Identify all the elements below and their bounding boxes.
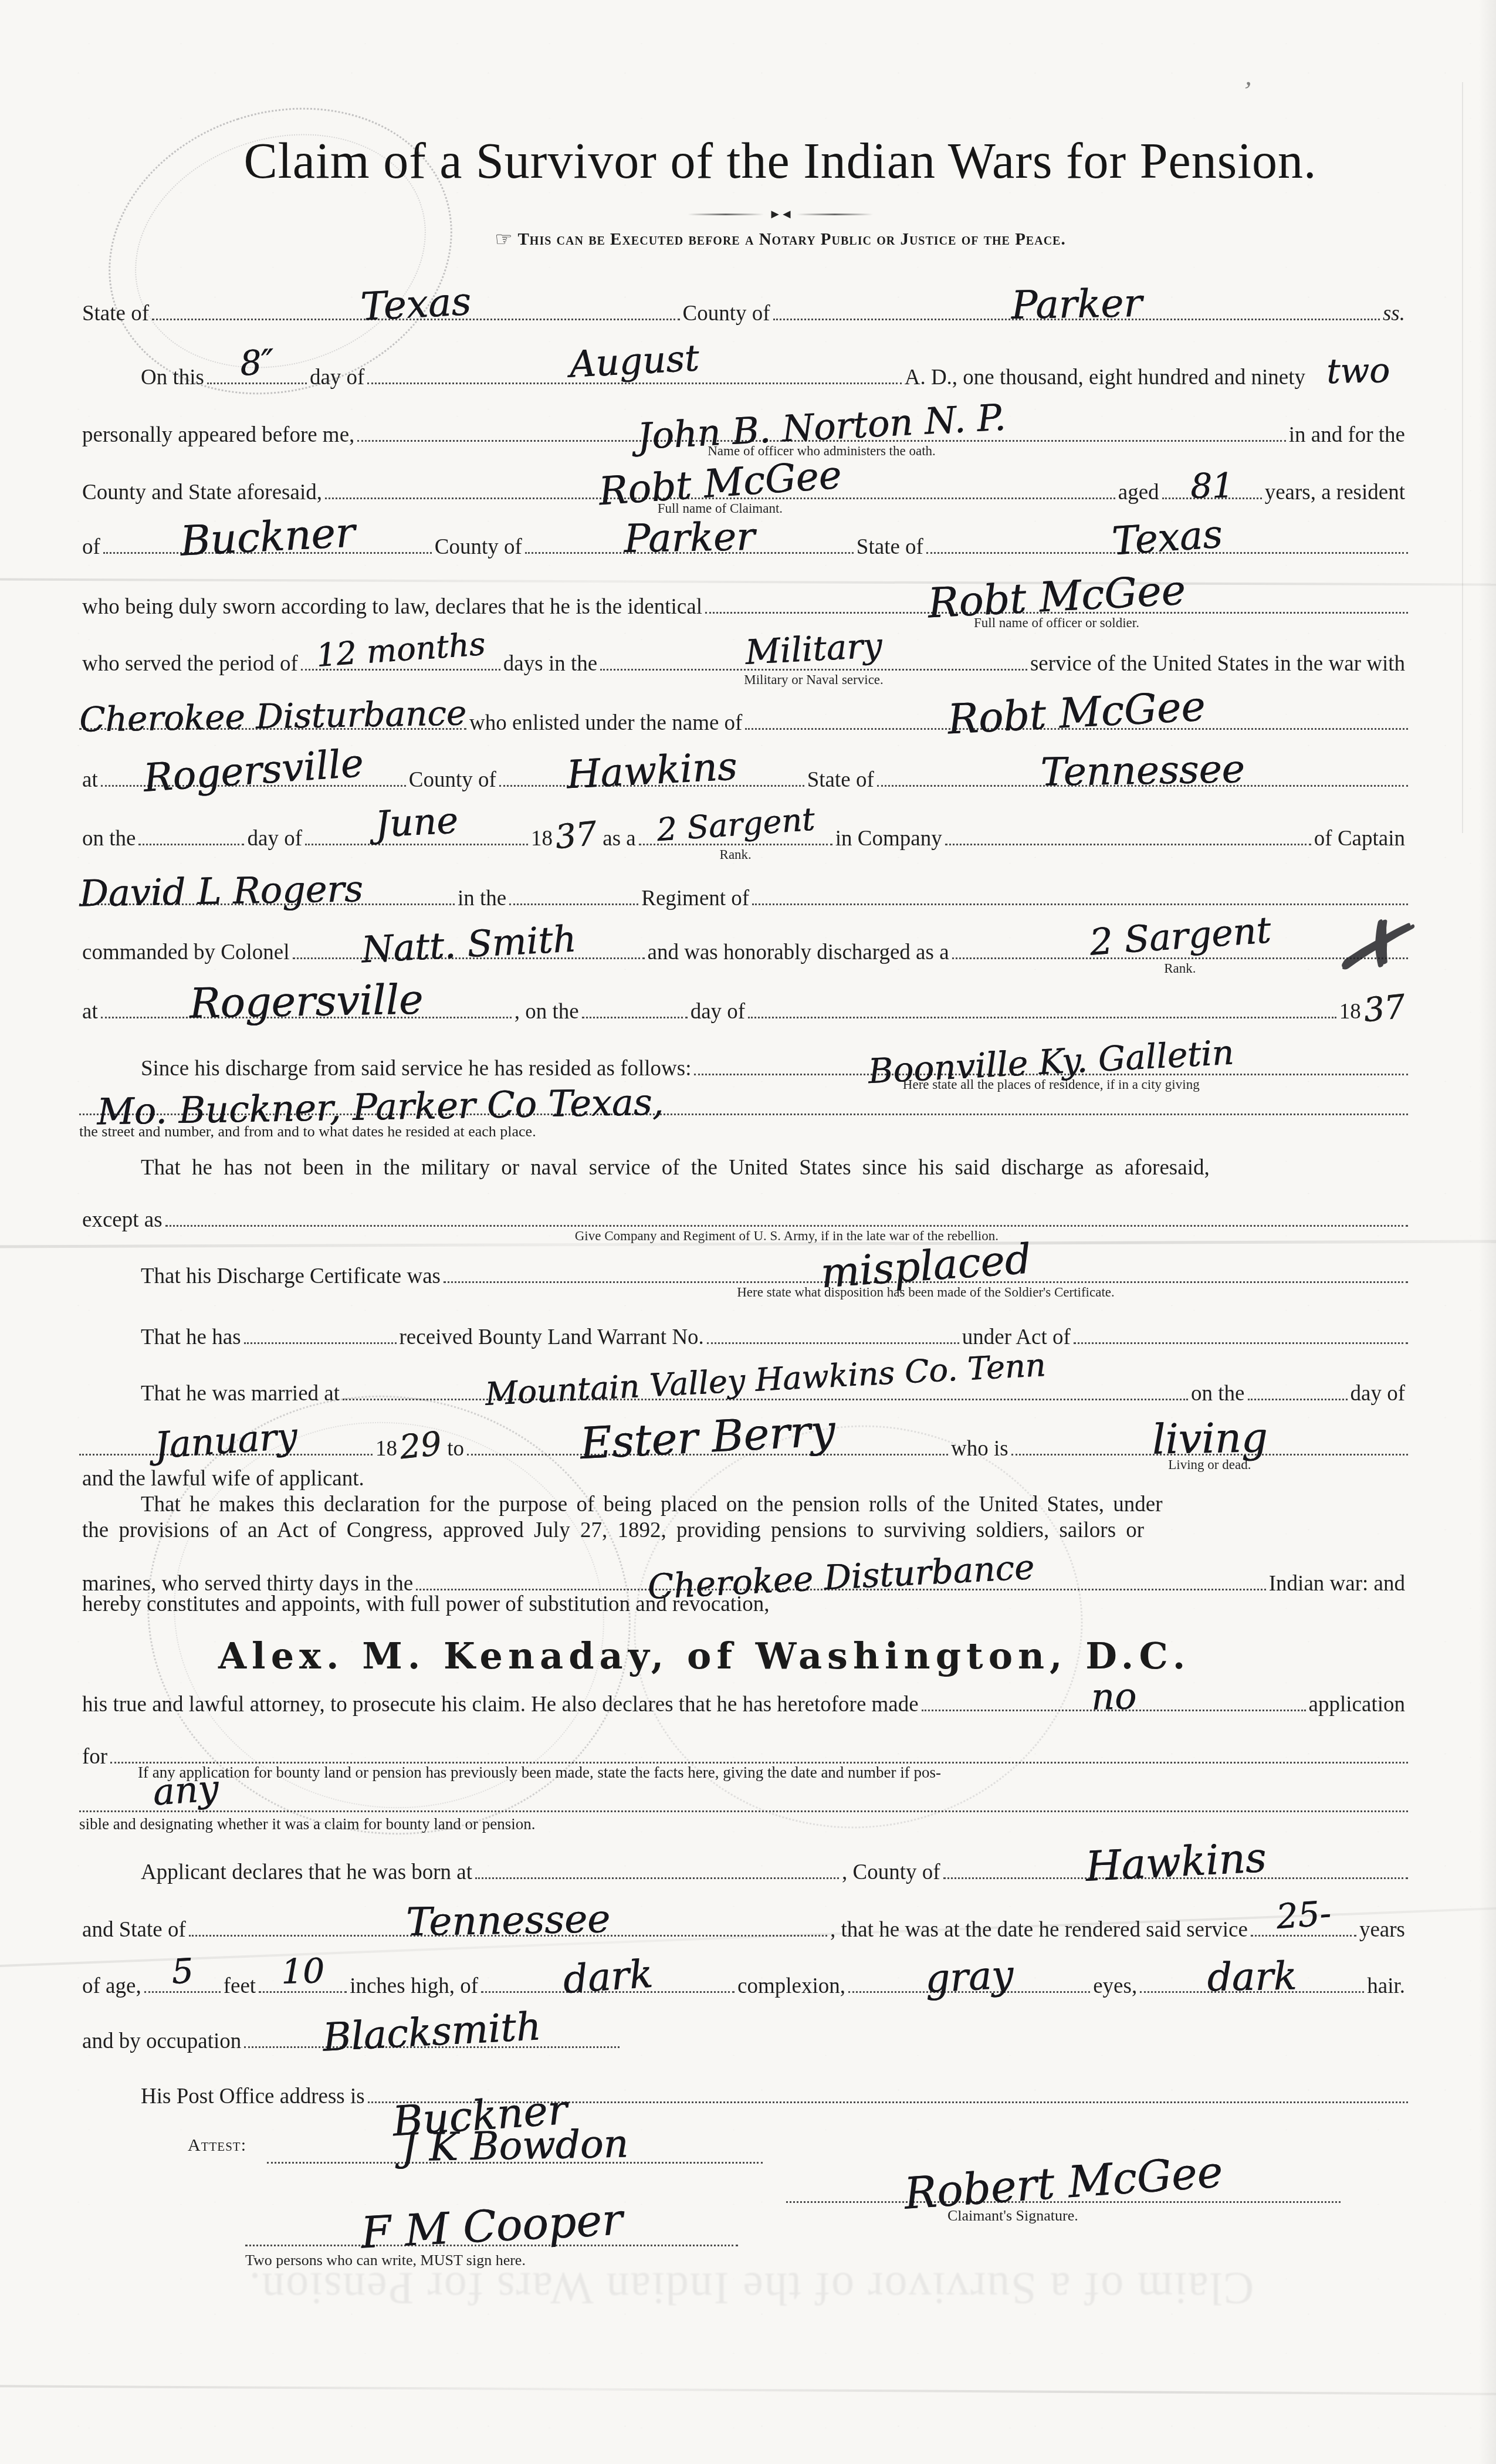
attest-caption: Two persons who can write, MUST sign her… [245,2252,526,2269]
for-label: for [79,1745,110,1770]
line-not-been: That he has not been in the military or … [138,1156,1408,1181]
regiment-num-field [509,881,638,905]
born-county-field: Hawkins [943,1855,1408,1879]
of-age-label: of age, [79,1974,144,1999]
line-occupation: and by occupation Blacksmith [79,2024,1408,2055]
witness1-signature-line: J K Bowdon [267,2103,763,2164]
feet-label: feet [221,1974,259,1999]
service-caption: Military or Naval service. [744,673,884,686]
wife-blank: Ester Berry [467,1431,948,1456]
ornament-rule-right [797,214,873,215]
lawful-label: and the lawful wife of applicant. [79,1467,367,1492]
line-residence2-caption: the street and number, and from and to w… [79,1123,1408,1140]
of-captain-label: of Captain [1311,827,1408,852]
on-the-label: on the [79,827,138,852]
stray-ink-mark: ’ [1240,75,1254,107]
regiment-label: Regiment of [638,886,752,912]
married-year-handwriting: 29 [400,1444,441,1448]
po-blank: Buckner [368,2079,1408,2103]
commanded-label: commanded by Colonel [79,940,293,966]
blank-dotted-field [79,1788,1408,1812]
enlist-place-field: Rogersville [101,763,406,787]
colonel-blank: Natt. Smith [293,935,645,959]
state2-label: State of [854,535,926,560]
discharge-day-field [582,994,688,1018]
line-claimant: County and State aforesaid, Robt McGee F… [79,475,1408,506]
discharge-place-field: Rogersville [101,994,512,1018]
officer-caption: Name of officer who administers the oath… [708,444,936,458]
state-label: State of [79,302,152,327]
appeared-label: personally appeared before me, [79,423,357,448]
bounty2-label: received Bounty Land Warrant No. [397,1325,707,1351]
enlist-day-field [138,821,244,845]
paper-edge-line [1462,82,1463,833]
town-field: Buckner [103,530,432,554]
married-day-field [1248,1376,1348,1400]
ad-text-label: A. D., one thousand, eight hundred and n… [902,365,1308,391]
identical-field: Robt McGee Full name of officer or soldi… [705,590,1408,614]
born-label: Applicant declares that he was born at [138,1860,475,1886]
line-marriage-date: January 1829 to Ester Berry who is livin… [79,1431,1408,1462]
line-war: Cherokee Disturbance who enlisted under … [79,706,1408,736]
residence2-blank: Mo. Buckner, Parker Co Texas, [79,1091,1408,1115]
age-field: 81 [1162,475,1262,499]
as-a-label: as a [600,827,639,852]
cert-field: misplaced Here state what disposition ha… [444,1259,1408,1283]
po-field: Buckner [368,2079,1408,2103]
war-blank: Cherokee Disturbance [79,706,466,730]
served-label: who served the period of [79,652,301,677]
line-attorney: his true and lawful attorney, to prosecu… [79,1687,1408,1718]
inches-blank: 10 [259,1969,347,1993]
discharge-day-blank [582,994,688,1018]
ss-label: ss. [1380,302,1408,327]
residence2-caption: the street and number, and from and to w… [79,1123,536,1140]
living-field: living Living or dead. [1011,1431,1408,1456]
fold-crease [0,578,1496,585]
war2-field: Cherokee Disturbance [416,1566,1266,1590]
wife-handwriting: Ester Berry [466,1403,949,1472]
service-blank: Military [600,647,1027,671]
claimant-blank: Robt McGee [325,475,1115,499]
eyes-handwriting: gray [848,1951,1091,2002]
county2-blank: Parker [525,530,854,554]
who-is-label: who is [948,1437,1011,1462]
county-handwriting: Parker [773,280,1380,329]
line-residence2: Mo. Buckner, Parker Co Texas, [79,1091,1408,1115]
not-been-label: That he has not been in the military or … [138,1156,1213,1181]
living-blank: living [1011,1431,1408,1456]
fine-print-1: If any application for bounty land or pe… [138,1764,941,1782]
fold-crease [0,2385,1496,2395]
county-label: County of [680,302,773,327]
attorney-label: his true and lawful attorney, to prosecu… [79,1693,922,1718]
line-enlist-date: on the day of June 1837 as a 2 Sargent R… [79,821,1408,852]
in-and-for-label: in and for the [1286,423,1408,448]
born-place-field [475,1855,839,1879]
captain-field: David L Rogers [79,881,455,905]
line-married: That he was married at Mountain Valley H… [138,1376,1408,1407]
application-label: application [1306,1693,1408,1718]
line-declaration-1: That he makes this declaration for the p… [138,1492,1408,1518]
blank-dotted [79,1788,1408,1812]
married-place-field: Mountain Valley Hawkins Co. Tenn [343,1376,1188,1400]
county-blank: Parker [773,296,1380,320]
aforesaid-label: County and State aforesaid, [79,480,325,506]
line-fine-print-2: sible and designating whether it was a c… [79,1815,1408,1833]
enlist-day-blank [138,821,244,845]
wife-field: Ester Berry [467,1431,948,1456]
bounty3-label: under Act of [959,1325,1074,1351]
resident-label: years, a resident [1262,480,1408,506]
residence1-blank: Boonville Ky. Galletin [694,1051,1408,1075]
rank-caption: Rank. [720,848,752,861]
days-label: days in the [500,652,600,677]
line-born-state: and State of Tennessee , that he was at … [79,1913,1408,1943]
discharge-place-handwriting: Rogersville [100,977,512,1025]
of-label: of [79,535,103,560]
war2-blank: Cherokee Disturbance [416,1566,1266,1590]
line-lawful-wife: and the lawful wife of applicant. [79,1467,1408,1492]
state2-handwriting: Texas [926,502,1409,574]
occupation-handwriting: Blacksmith [243,2003,621,2061]
complexion-handwriting: dark [480,1949,736,2005]
state3-field: Tennessee [877,763,1408,787]
county2-handwriting: Parker [524,516,854,560]
living-handwriting: living [1011,1414,1408,1463]
line-served: who served the period of 12 months days … [79,647,1408,677]
line-captain: David L Rogers in the Regiment of [79,881,1408,912]
captain-blank: David L Rogers [79,881,455,905]
married-on-the-label: on the [1188,1382,1247,1407]
enlist-year-handwriting: 37 [555,834,597,838]
service-age-blank: 25- [1251,1913,1356,1937]
colonel-handwriting: Natt. Smith [292,917,645,972]
state3-blank: Tennessee [877,763,1408,787]
county3-blank: Hawkins [499,763,804,787]
married-month-field: January [79,1431,373,1456]
notice-text: This can be Executed before a Notary Pub… [518,230,1066,249]
inches-field: 10 [259,1969,347,1993]
discharged-label: and was honorably discharged as a [645,940,952,966]
claimant-caption: Full name of Claimant. [658,502,783,515]
service-handwriting: Military [600,621,1028,677]
except-label: except as [79,1208,165,1233]
state-blank: Texas [152,296,679,320]
cert-label: That his Discharge Certificate was [138,1264,444,1289]
enlist-place-handwriting: Rogersville [100,741,407,801]
enlist-month-handwriting: June [304,798,529,847]
hair-label: hair. [1364,1974,1408,1999]
service-field: Military Military or Naval service. [600,647,1027,671]
month-handwriting: August [367,329,902,394]
except-blank [165,1203,1408,1227]
enlist-month-field: June [305,821,528,845]
born-county-blank: Hawkins [943,1855,1408,1879]
attest-label: Attest: [188,2135,246,2155]
warrant-no-field [707,1320,959,1344]
line-bounty: That he has received Bounty Land Warrant… [138,1320,1408,1351]
at-label: at [79,768,101,793]
regiment-blank [752,881,1408,905]
day-blank: 8″ [207,360,307,384]
born-place-blank [475,1855,839,1879]
hair-field: dark [1140,1969,1364,1993]
at2-label: at [79,1000,101,1025]
war-field: Cherokee Disturbance [79,706,466,730]
state2-field: Texas [926,530,1408,554]
day-of2-label: day of [244,827,305,852]
day-of-label: day of [307,365,368,391]
occupation-label: and by occupation [79,2029,244,2055]
on-this-label: On this [138,365,207,391]
married-day-blank [1248,1376,1348,1400]
state3-handwriting: Tennessee [876,747,1408,795]
years-label: years [1356,1918,1408,1943]
since-label: Since his discharge from said service he… [138,1057,694,1082]
eyes-label: eyes, [1090,1974,1140,1999]
born-county-label: , County of [839,1860,943,1886]
line-except: except as Give Company and Regiment of U… [79,1203,1408,1233]
ornament-glyphs: ►◄ [769,207,792,222]
comma-on-the-label: , on the [512,1000,582,1025]
enlist-name-field: Robt McGee [745,706,1408,730]
fine-print-2: sible and designating whether it was a c… [79,1815,536,1833]
scanned-pension-claim-document: ✗ ’ Claim of a Survivor of the Indian Wa… [0,0,1496,2464]
county3-label: County of [406,768,499,793]
year-word-blank: two [1308,362,1408,384]
claimant-field: Robt McGee Full name of Claimant. [325,475,1115,499]
regiment-field [752,881,1408,905]
discharge-place-blank: Rogersville [101,994,512,1018]
line-identical: who being duly sworn according to law, d… [79,590,1408,620]
witness2-signature-line: F M Cooper [245,2180,738,2246]
state2-blank: Texas [926,530,1408,554]
bounty1-label: That he has [138,1325,244,1351]
claimant-signature-line: Robert McGee [786,2131,1341,2203]
declaration2-text: the provisions of an Act of Congress, ap… [79,1518,1147,1544]
claimant-signature-caption: Claimant's Signature. [947,2207,1078,2225]
married-place-blank: Mountain Valley Hawkins Co. Tenn [343,1376,1188,1400]
company-field [945,821,1311,845]
married-day-of-label: day of [1348,1382,1409,1407]
officer-blank: John B. Norton N. P. [357,418,1285,442]
pointing-hand-icon: ☞ [495,229,513,251]
county3-handwriting: Hawkins [498,743,805,798]
warrant-no-blank [707,1320,959,1344]
made-blank: no [922,1687,1306,1711]
service-age-field: 25- [1251,1913,1356,1937]
county3-field: Hawkins [499,763,804,787]
hereby-label: hereby constitutes and appoints, with fu… [79,1592,772,1617]
line-date: On this 8″ day of August A. D., one thou… [138,360,1408,391]
line-declaration-2: the provisions of an Act of Congress, ap… [79,1518,1408,1544]
hair-blank: dark [1140,1969,1364,1993]
declaration1-text: That he makes this declaration for the p… [138,1492,1166,1518]
enlist-place-blank: Rogersville [101,763,406,787]
town-blank: Buckner [103,530,432,554]
bounty-received-field [244,1320,397,1344]
line-certificate: That his Discharge Certificate was mispl… [138,1259,1408,1289]
captain-handwriting: David L Rogers [79,869,455,912]
married-month-blank: January [79,1431,373,1456]
service-age-label: , that he was at the date he rendered sa… [827,1918,1251,1943]
enlist-name-blank: Robt McGee [745,706,1408,730]
eighteen3-label: 1829 [373,1437,444,1462]
witness2-signature: F M Cooper [245,2192,739,2261]
except-caption: Give Company and Regiment of U. S. Army,… [575,1229,999,1243]
line-hereby: hereby constitutes and appoints, with fu… [79,1592,1408,1617]
day-of3-label: day of [688,1000,749,1025]
hair-handwriting: dark [1140,1956,1365,1999]
town-handwriting: Buckner [102,507,432,566]
line-born: Applicant declares that he was born at ,… [138,1855,1408,1886]
married-place-handwriting: Mountain Valley Hawkins Co. Tenn [343,1342,1189,1417]
war-handwriting: Cherokee Disturbance [79,696,467,737]
year-word-field: two [1308,362,1408,384]
county-field: Parker [773,296,1380,320]
born-state-blank: Tennessee [189,1913,827,1937]
born-state-handwriting: Tennessee [188,1896,827,1946]
line-state-county: State of Texas County of Parker ss. [79,296,1408,327]
born-county-handwriting: Hawkins [942,1829,1409,1894]
year-word-handwriting: two [1308,353,1409,389]
county2-field: Parker [525,530,854,554]
enlisted-label: who enlisted under the name of [466,711,745,736]
period-handwriting: 12 months [300,627,501,673]
enlist-month-blank: June [305,821,528,845]
discharge-month-field [748,994,1336,1018]
residence1-caption: Here state all the places of residence, … [903,1078,1200,1091]
witness1-signature: J K Bowdon [266,2123,763,2170]
line-officer: personally appeared before me, John B. N… [79,418,1408,448]
bleed-through-ghost-title: Claim of a Survivor of the Indian Wars f… [70,2262,1431,2315]
inches-handwriting: 10 [259,1954,347,1989]
line-discharge-place: at Rogersville , on the day of 1837 [79,994,1408,1025]
aged-label: aged [1115,480,1162,506]
period-field: 12 months [301,647,500,671]
war-text-label: service of the United States in the war … [1027,652,1408,677]
month-blank: August [367,360,901,384]
eyes-field: gray [848,1969,1090,1993]
officer-field: John B. Norton N. P. Name of officer who… [357,418,1285,442]
line-since: Since his discharge from said service he… [138,1051,1408,1082]
line-blank-dotted [79,1788,1408,1812]
colonel-field: Natt. Smith [293,935,645,959]
ornament-rule-left [688,214,764,215]
attorney-name-display: Alex. M. Kenaday, of Washington, D.C. [218,1634,1190,1677]
in-the-label: in the [455,886,509,912]
sworn-label: who being duly sworn according to law, d… [79,595,705,620]
inches-label: inches high, of [347,1974,481,1999]
day-field: 8″ [207,360,307,384]
eighteen-label: 1837 [528,827,600,852]
discharge-rank-caption: Rank. [1164,962,1196,975]
line-residence: of Buckner County of Parker State of Tex… [79,530,1408,560]
month-field: August [367,360,901,384]
identical-caption: Full name of officer or soldier. [974,616,1139,629]
line-colonel: commanded by Colonel Natt. Smith and was… [79,935,1408,966]
eighteen2-label: 1837 [1336,1000,1408,1025]
service-age-handwriting: 25- [1250,1894,1358,1935]
married-label: That he was married at [138,1382,343,1407]
residence2-field: Mo. Buckner, Parker Co Texas, [79,1091,1408,1115]
cert-caption: Here state what disposition has been mad… [737,1285,1114,1299]
identical-blank: Robt McGee [705,590,1408,614]
for-blank: any [110,1739,1408,1764]
line-enlist-place: at Rogersville County of Hawkins State o… [79,763,1408,793]
rank-field: 2 Sargent Rank. [639,821,832,845]
born-state-label: and State of [79,1918,189,1943]
rank-blank: 2 Sargent [639,821,832,845]
period-blank: 12 months [301,647,500,671]
feet-field: 5 [144,1969,221,1993]
company-blank [945,821,1311,845]
in-company-label: in Company [832,827,945,852]
occupation-blank: Blacksmith [244,2024,620,2048]
act-blank [1074,1320,1408,1344]
cert-blank: misplaced [444,1259,1408,1283]
age-blank: 81 [1162,475,1262,499]
discharge-month-blank [748,994,1336,1018]
complexion-label: complexion, [735,1974,848,1999]
to-label: to [444,1437,467,1462]
regiment-num-blank [509,881,638,905]
feet-blank: 5 [144,1969,221,1993]
act-field [1074,1320,1408,1344]
state-field: Texas [152,296,679,320]
residence1-field: Boonville Ky. Galletin Here state all th… [694,1051,1408,1075]
state3-label: State of [804,768,877,793]
for-field: any [110,1739,1408,1764]
rank-handwriting: 2 Sargent [638,803,833,848]
eyes-blank: gray [848,1969,1090,1993]
complexion-blank: dark [481,1969,735,1993]
except-field: Give Company and Regiment of U. S. Army,… [165,1203,1408,1227]
line-fine-print-1: If any application for bounty land or pe… [138,1764,1408,1782]
line-description: of age, 5 feet 10 inches high, of dark c… [79,1969,1408,1999]
county2-label: County of [432,535,525,560]
bounty-received-blank [244,1320,397,1344]
made-field: no [922,1687,1306,1711]
discharge-year-handwriting: 37 [1363,1007,1405,1011]
age-handwriting: 81 [1162,468,1262,504]
complexion-field: dark [481,1969,735,1993]
born-state-field: Tennessee [189,1913,827,1937]
occupation-field: Blacksmith [244,2024,620,2048]
